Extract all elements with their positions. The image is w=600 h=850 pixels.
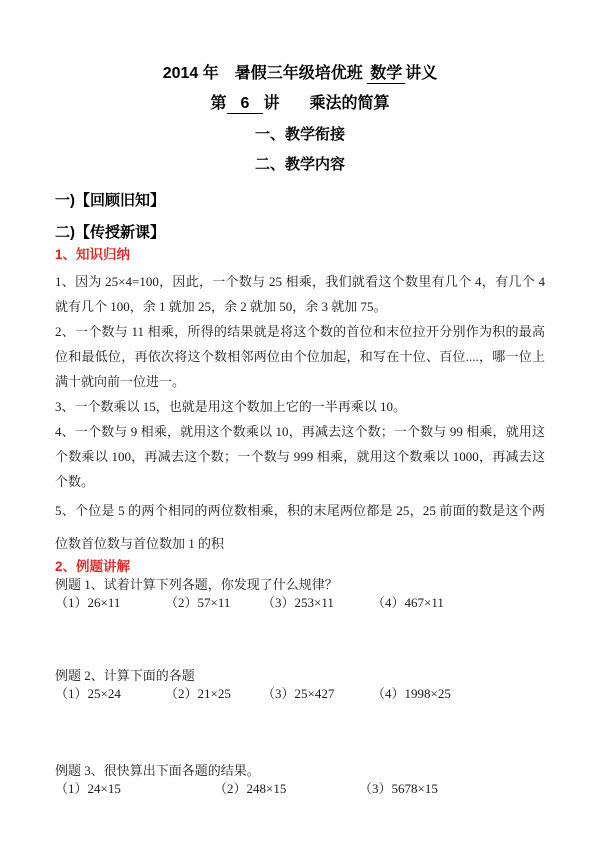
lecture-line: 第6讲乘法的简算 <box>0 96 600 112</box>
problem: （1）26×11 <box>55 595 165 610</box>
example-1-title: 例题 1、试着计算下列各题，你发现了什么规律？ <box>55 577 545 593</box>
lecture-word: 讲 <box>263 95 279 112</box>
section-teach-heading: 二)【传授新课】 <box>55 225 545 241</box>
worksheet-page: 2014 年 暑假三年级培优班 数学讲义 第6讲乘法的简算 一、教学衔接 二、教… <box>0 0 600 850</box>
problem: （4）1998×25 <box>372 686 451 701</box>
outline-item-teaching-link: 一、教学衔接 <box>0 127 600 142</box>
problem: （3）253×11 <box>262 595 372 610</box>
lecture-prefix: 第 <box>211 95 227 112</box>
examples-heading: 2、例题讲解 <box>55 560 545 574</box>
title-suffix: 讲义 <box>405 65 437 82</box>
outline-item-teaching-content: 二、教学内容 <box>0 157 600 172</box>
example-block-1: 例题 1、试着计算下列各题，你发现了什么规律？ （1）26×11 （2）57×1… <box>55 577 545 610</box>
example-3-problems: （1）24×15 （2）248×15 （3）5678×15 <box>55 781 545 796</box>
problem: （1）25×24 <box>55 686 165 701</box>
lecture-number: 6 <box>227 95 264 114</box>
example-2-title: 例题 2、计算下面的各题 <box>55 668 545 684</box>
problem: （2）248×15 <box>214 781 359 796</box>
problem: （1）24×15 <box>55 781 214 796</box>
problem: （3）25×427 <box>262 686 372 701</box>
section-review-heading: 一)【回顾旧知】 <box>55 193 545 209</box>
knowledge-point-3: 3、一个数乘以 15，也就是用这个数加上它的一半再乘以 10。 <box>55 394 545 419</box>
knowledge-point-5: 5、个位是 5 的两个相同的两位数相乘，积的末尾两位都是 25，25 前面的数是… <box>55 494 545 560</box>
example-3-title: 例题 3、很快算出下面各题的结果。 <box>55 763 545 779</box>
title-subject-underlined: 数学 <box>367 65 405 84</box>
lesson-title: 乘法的简算 <box>309 95 389 112</box>
problem: （2）57×11 <box>165 595 262 610</box>
problem: （2）21×25 <box>165 686 262 701</box>
problem: （3）5678×15 <box>359 781 438 796</box>
example-1-problems: （1）26×11 （2）57×11 （3）253×11 （4）467×11 <box>55 595 545 610</box>
title-year-class: 2014 年 暑假三年级培优班 <box>163 65 363 82</box>
knowledge-point-1: 1、因为 25×4=100，因此，一个数与 25 相乘，我们就看这个数里有几个 … <box>55 269 545 319</box>
knowledge-point-2: 2、一个数与 11 相乘，所得的结果就是将这个数的首位和末位拉开分别作为积的最高… <box>55 319 545 394</box>
example-block-2: 例题 2、计算下面的各题 （1）25×24 （2）21×25 （3）25×427… <box>55 668 545 701</box>
example-block-3: 例题 3、很快算出下面各题的结果。 （1）24×15 （2）248×15 （3）… <box>55 763 545 796</box>
page-content: 一)【回顾旧知】 二)【传授新课】 1、知识归纳 1、因为 25×4=100，因… <box>0 193 600 796</box>
knowledge-point-4: 4、一个数与 9 相乘，就用这个数乘以 10，再减去这个数；一个数与 99 相乘… <box>55 419 545 494</box>
document-title: 2014 年 暑假三年级培优班 数学讲义 <box>0 66 600 82</box>
example-2-problems: （1）25×24 （2）21×25 （3）25×427 （4）1998×25 <box>55 686 545 701</box>
problem: （4）467×11 <box>372 595 444 610</box>
knowledge-heading: 1、知识归纳 <box>55 248 545 262</box>
